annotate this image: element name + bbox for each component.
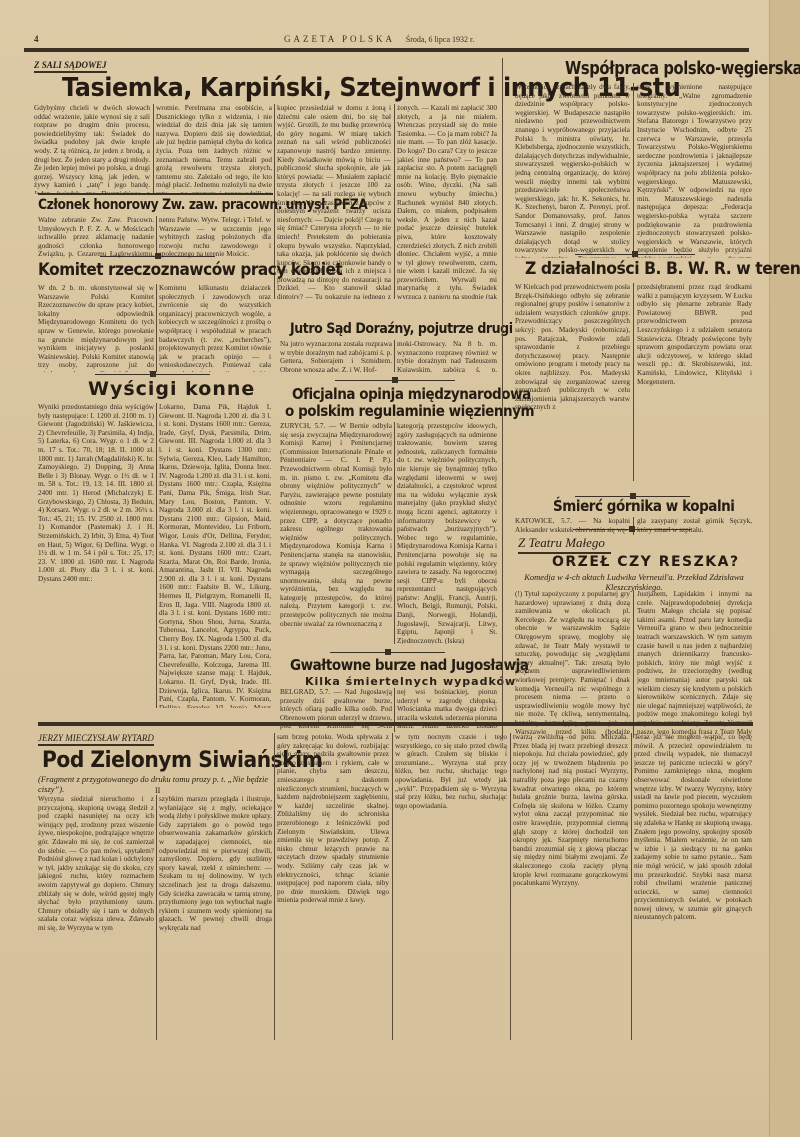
- article-polish-hungarian-col-2: stały wymienione następujące telegramy: …: [637, 83, 752, 258]
- article-women-col-1: W dn. 2 b. m. ukonstytuował się w Warsza…: [38, 284, 154, 372]
- article-prison-col-1: ZURYCH, 5.7. — W Bernie odbyła się sesja…: [280, 422, 392, 644]
- article-court-col-2: wrotnie. Perelmana zna osobiście, a Dusz…: [156, 104, 272, 194]
- headline-bbwr: Z działalności B. B. W. R. w terenie: [525, 261, 800, 278]
- article-bbwr-col-1: W Kielcach pod przewodnictwem posła Brzę…: [515, 283, 630, 481]
- headline-miner: Śmierć górnika w kopalni: [553, 499, 734, 514]
- masthead: 4 GAZETA POLSKA Środa, 6 lipca 1932 r.: [24, 34, 774, 48]
- article-summary-court-col-2: moki-Ostrowacy. Na 8 b. m. wyznaczono ro…: [397, 340, 497, 372]
- story-col-2: szybkim marszu przegląda i ilustruje, wy…: [159, 795, 272, 1040]
- article-races-col-1: Wyniki przedostatniego dnia wyścigów był…: [38, 403, 154, 708]
- byline: JERZY MIECZYSŁAW RYTARD: [38, 733, 154, 746]
- story-col-3: sam brzeg potoku. Woda spływała z góry z…: [277, 733, 389, 1040]
- article-theatre-col-2: Justjanem, Lapidakim i innymi na czele. …: [637, 590, 752, 738]
- headline-women-committee: Komitet rzeczoznawców pracy kobiet: [38, 262, 342, 279]
- article-polish-hungarian-col-1: W ostatnich czasach zaszły dwa fakty, bę…: [515, 83, 630, 258]
- headline-polish-hungarian: Współpraca polsko-węgierska: [565, 60, 800, 78]
- section-kicker: Z SALI SĄDOWEJ: [34, 60, 107, 73]
- article-pfza-col-1: Walne zebranie Zw. Zaw. Pracown. Umysłow…: [38, 216, 154, 258]
- article-pfza-col-2: nemu Państw. Wytw. Telegr. i Telef. w Wa…: [159, 216, 271, 258]
- article-court-col-4: żonych. — Kazali mi zapłacić 300 złotych…: [397, 104, 497, 299]
- article-bbwr-col-2: przedsiębranemi przez rząd środkami walk…: [637, 283, 752, 481]
- headline-storms: Gwałtowne burze nad Jugosławją: [290, 658, 529, 673]
- story-col-4: w tym nocnym czasie i tego wszystkiego, …: [395, 733, 507, 1040]
- paper-title: GAZETA POLSKA Środa, 6 lipca 1932 r.: [284, 34, 474, 44]
- section-kicker-theatre: Z Teatru Małego: [518, 535, 611, 554]
- article-summary-court-col-1: Na jutro wyznaczona została rozprawa w t…: [280, 340, 392, 372]
- article-prison-col-2: kategorją przestępców ideowych, zgóry za…: [397, 422, 497, 644]
- article-races-col-2: Lokarno, Dama Pik, Hajduk I, Giewont. II…: [159, 403, 271, 708]
- headline-prison-rules-line-1: Oficjalna opinja międzynarodowa: [292, 387, 531, 402]
- headline-summary-court: Jutro Sąd Doraźny, pojutrze drugi: [290, 322, 513, 336]
- article-women-col-2: Komitetu kilkunastu działaczek społeczny…: [159, 284, 271, 372]
- subheadline-storms: Kilka śmiertelnych wypadków: [305, 675, 516, 688]
- issue-date: Środa, 6 lipca 1932 r.: [406, 35, 474, 44]
- page-edge: [769, 0, 800, 1137]
- page-bottom-margin: [0, 1050, 770, 1137]
- section-mark: II: [155, 786, 160, 795]
- story-col-1: Wyrzyna siedział nieruchomo i z przyczaj…: [38, 795, 154, 1040]
- article-theatre-col-1: (!) Tytuł zapożyczony z popularnej gry h…: [515, 590, 630, 738]
- page-number: 4: [34, 34, 39, 44]
- article-miner-col-2: gla zasypany został górnik Sęczyk, który…: [637, 517, 752, 535]
- story-col-6: Teraz już nie mogłem wątpić, co będę mów…: [634, 733, 752, 1040]
- headline-prison-rules-line-2: o polskim regulaminie więziennym: [285, 404, 534, 419]
- headline-pfza: Członek honorowy Zw. zaw. pracown. umysł…: [38, 198, 367, 212]
- article-court-col-1: Gdybyśmy chcieli w dwóch słowach oddać w…: [34, 104, 150, 194]
- headline-races: Wyścigi konne: [88, 380, 255, 399]
- article-miner-col-1: KATOWICE, 5.7. — Na kopalni Aleksander w…: [515, 517, 630, 535]
- story-col-5: twarzą zwilżoną od potu. Milczała. Przez…: [513, 733, 628, 1040]
- headline-theatre: ORZEŁ CZY RESZKA?: [552, 555, 740, 569]
- masthead-rule: [24, 48, 749, 52]
